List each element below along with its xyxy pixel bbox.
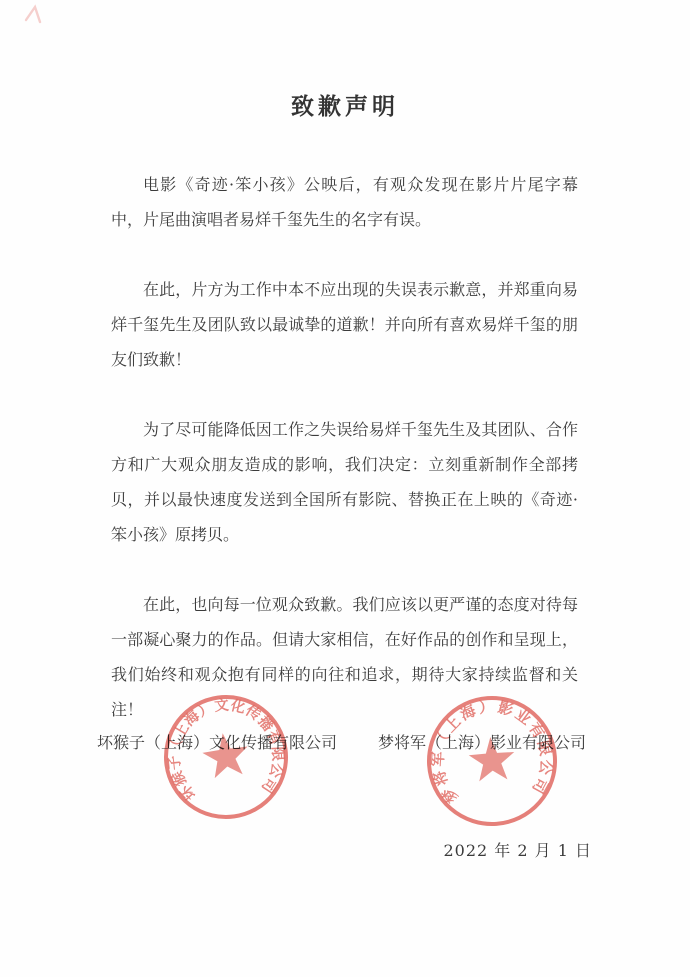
red-pen-mark [22,2,56,28]
company-seal-right: 梦将军（上海）影业有限公司 [415,684,569,838]
signature-row: 坏猴子（上海）文化传播有限公司 梦将军（上海）影业有限公司 [0,731,690,755]
document-title: 致歉声明 [0,88,690,121]
company-seal-left: 坏猴子（上海）文化传播有限公司 [147,678,305,836]
paragraph-2: 在此，片方为工作中本不应出现的失误表示歉意，并郑重向易烊千玺先生及团队致以最诚挚… [111,272,578,377]
paragraph-3: 为了尽可能降低因工作之失误给易烊千玺先生及其团队、合作方和广大观众朋友造成的影响… [111,412,578,552]
document-page: 致歉声明 电影《奇迹·笨小孩》公映后，有观众发现在影片片尾字幕中，片尾曲演唱者易… [0,0,690,977]
seal-star-icon [200,730,251,779]
document-date: 2022 年 2 月 1 日 [0,838,592,861]
seal-star-icon [468,735,517,781]
document-body: 电影《奇迹·笨小孩》公映后，有观众发现在影片片尾字幕中，片尾曲演唱者易烊千玺先生… [111,167,578,762]
paragraph-1: 电影《奇迹·笨小孩》公映后，有观众发现在影片片尾字幕中，片尾曲演唱者易烊千玺先生… [111,167,578,237]
